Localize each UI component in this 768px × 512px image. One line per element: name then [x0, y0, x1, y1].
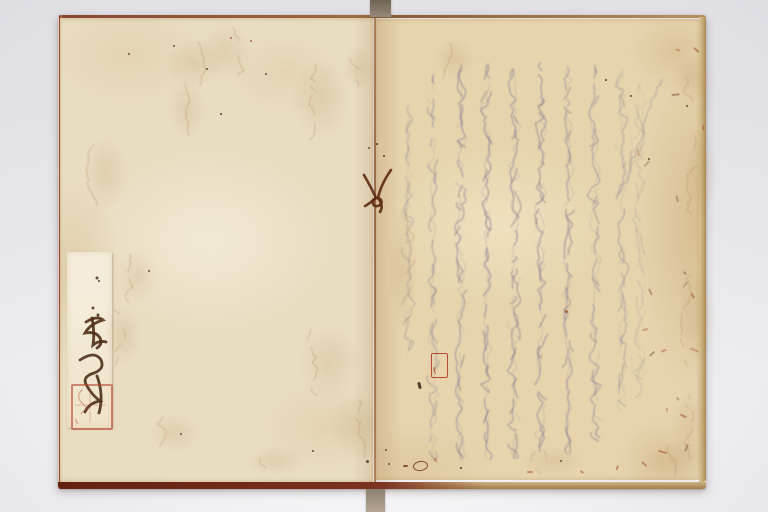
calligraphy-column [422, 70, 444, 460]
red-speck [565, 310, 568, 313]
stain-squiggle [298, 326, 360, 398]
paper-fiber [675, 48, 679, 51]
ink-dash-mark [403, 465, 408, 467]
binding-knot-mark [358, 167, 396, 217]
stain-squiggle [105, 306, 141, 366]
dark-speck [460, 467, 462, 469]
stain-squiggle [653, 441, 705, 479]
dark-speck [98, 280, 100, 282]
ink-ring-mark [412, 460, 428, 472]
red-seal-stamp [431, 353, 448, 378]
dark-speck [173, 45, 175, 47]
calligraphy-column [557, 64, 579, 454]
calligraphy-column [449, 62, 471, 460]
stain-squiggle [85, 136, 127, 208]
ink-bleed-stain [673, 55, 715, 103]
calligraphy-column [530, 60, 552, 459]
stain-squiggle [673, 55, 715, 103]
dark-speck [366, 460, 369, 463]
dark-speck [368, 147, 370, 149]
dark-speck [148, 270, 150, 272]
ink-bleed-stain [292, 60, 350, 140]
gutter-shadow-left [352, 18, 374, 482]
binding-ribbon-top [370, 0, 391, 17]
red-speck [250, 40, 252, 42]
ink-bleed-stain [298, 326, 360, 398]
paper-fiber [666, 408, 668, 412]
cover-bottom-edge [58, 482, 706, 489]
book [58, 15, 706, 489]
ink-bleed-stain [105, 306, 141, 366]
left-page [60, 18, 373, 482]
paper-fiber [616, 465, 619, 470]
seal-glyphs [432, 354, 444, 374]
calligraphy-column [503, 62, 525, 459]
red-speck [230, 37, 232, 39]
label-seal-glyphs [73, 386, 107, 424]
paper-fiber [672, 93, 680, 95]
dark-speck [383, 155, 385, 157]
stain-squiggle [200, 24, 250, 79]
stain-squiggle [168, 80, 206, 138]
calligraphy-column [476, 60, 498, 460]
dark-speck [206, 68, 208, 70]
paper-fiber [693, 47, 699, 53]
stain-squiggle [685, 131, 717, 215]
paper-fiber [676, 195, 679, 202]
center-fold-gutter [374, 18, 376, 482]
dark-speck [605, 79, 607, 81]
photo-background [0, 0, 768, 512]
ink-bleed-stain [118, 250, 158, 302]
dark-speck [312, 450, 314, 452]
paper-fiber [661, 349, 667, 353]
paper-fiber [637, 149, 640, 156]
dark-speck [388, 463, 390, 465]
label-owner-seal [71, 384, 113, 430]
dark-speck [180, 433, 182, 435]
ink-bleed-stain [200, 24, 250, 79]
dark-speck [376, 143, 378, 145]
paper-fiber [642, 461, 648, 467]
dark-speck [220, 113, 222, 115]
dark-speck [630, 95, 632, 97]
stain-squiggle [292, 60, 350, 140]
ink-bleed-stain [246, 446, 304, 476]
paper-fiber [527, 471, 533, 473]
ink-bleed-stain [653, 441, 705, 479]
calligraphy-column [584, 62, 606, 442]
gutter-shadow-right [376, 18, 402, 482]
binding-ribbon-bottom [366, 489, 385, 512]
dark-speck [560, 460, 562, 462]
ink-bleed-stain [150, 413, 200, 453]
stain-squiggle [246, 446, 304, 476]
ink-bleed-stain [685, 131, 717, 215]
stain-squiggle [118, 250, 158, 302]
dark-speck [265, 73, 267, 75]
ink-bleed-stain [168, 80, 206, 138]
ink-bleed-stain [85, 136, 127, 208]
stain-squiggle [150, 413, 200, 453]
right-page [375, 19, 699, 480]
dark-speck [128, 53, 130, 55]
paper-fiber [703, 125, 705, 130]
dark-speck [686, 105, 688, 107]
